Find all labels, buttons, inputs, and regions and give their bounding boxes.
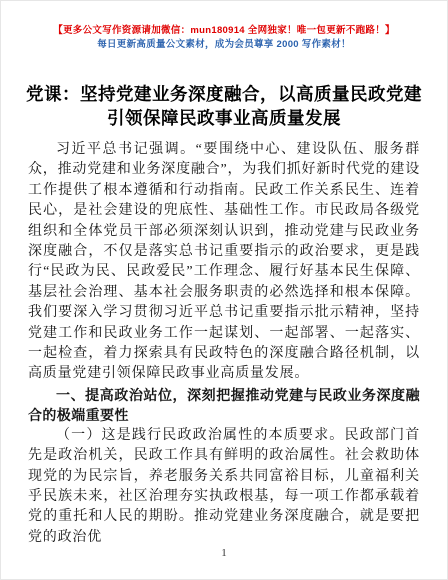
paragraph-intro: 习近平总书记强调。“要围绕中心、建设队伍、服务群众，推动党建和业务深度融合”，为… [28, 140, 420, 385]
document-page: 【更多公文写作资源请加微信：mun180914 全网独家！唯一包更新不跑路！】 … [0, 0, 448, 580]
promo-line-blue: 每日更新高质量公文素材，成为会员尊享 2000 写作素材！ [1, 38, 447, 52]
document-title: 党课：坚持党建业务深度融合，以高质量民政党建引领保障民政事业高质量发展 [21, 82, 427, 130]
page-number: 1 [1, 547, 447, 559]
promo-line-red: 【更多公文写作资源请加微信：mun180914 全网独家！唯一包更新不跑路！】 [1, 24, 447, 38]
section-heading-1: 一、提高政治站位，深刻把握推动党建与民政业务深度融合的极端重要性 [28, 385, 420, 426]
paragraph-section-1-1: （一）这是践行民政政治属性的本质要求。民政部门首先是政治机关，民政工作具有鲜明的… [28, 426, 420, 548]
promo-header: 【更多公文写作资源请加微信：mun180914 全网独家！唯一包更新不跑路！】 … [1, 24, 447, 52]
document-body: 习近平总书记强调。“要围绕中心、建设队伍、服务群众，推动党建和业务深度融合”，为… [28, 140, 420, 548]
